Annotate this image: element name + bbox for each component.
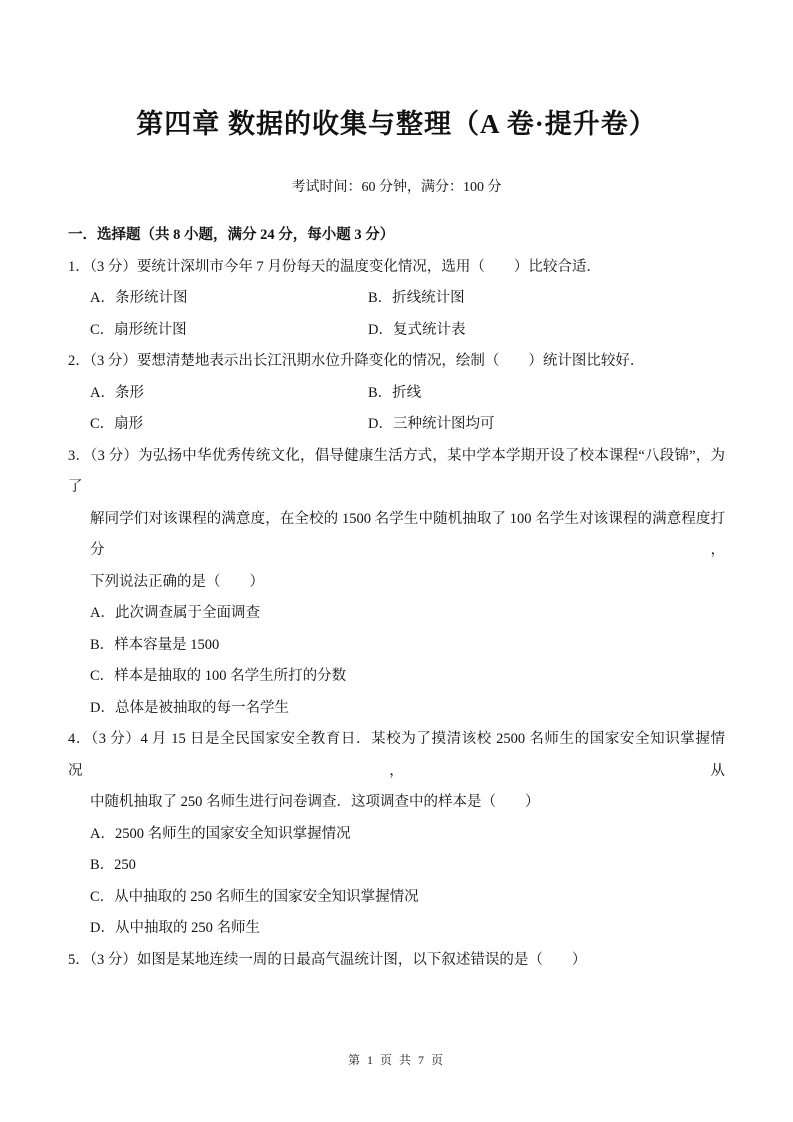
question-4: 4．（3 分）4 月 15 日是全民国家安全教育日．某校为了摸清该校 2500 … xyxy=(68,724,725,945)
question-stem-line: 解同学们对该课程的满意度，在全校的 1500 名学生中随机抽取了 100 名学生… xyxy=(68,504,725,567)
question-stem-line: 中随机抽取了 250 名师生进行问卷调查．这项调查中的样本是（ ） xyxy=(68,787,725,819)
question-stem: 5．（3 分）如图是某地连续一周的日最高气温统计图，以下叙述错误的是（ ） xyxy=(68,945,725,977)
page-content: 第四章 数据的收集与整理（A 卷·提升卷） 考试时间：60 分钟，满分：100 … xyxy=(0,0,793,976)
option-d: D．总体是被抽取的每一名学生 xyxy=(68,693,725,725)
question-stem: 2．（3 分）要想清楚地表示出长江汛期水位升降变化的情况，绘制（ ）统计图比较好… xyxy=(68,346,725,378)
page-footer: 第 1 页 共 7 页 xyxy=(0,1052,793,1068)
question-stem-line: 3．（3 分）为弘扬中华优秀传统文化，倡导健康生活方式，某中学本学期开设了校本课… xyxy=(68,441,725,504)
option-c: C．从中抽取的 250 名师生的国家安全知识掌握情况 xyxy=(68,882,725,914)
question-3: 3．（3 分）为弘扬中华优秀传统文化，倡导健康生活方式，某中学本学期开设了校本课… xyxy=(68,441,725,725)
option-a: A．2500 名师生的国家安全知识掌握情况 xyxy=(68,819,725,851)
question-stem: 1．（3 分）要统计深圳市今年 7 月份每天的温度变化情况，选用（ ）比较合适． xyxy=(68,252,725,284)
option-c: C．样本是抽取的 100 名学生所打的分数 xyxy=(68,661,725,693)
question-5: 5．（3 分）如图是某地连续一周的日最高气温统计图，以下叙述错误的是（ ） xyxy=(68,945,725,977)
option-row: C．扇形统计图 D．复式统计表 xyxy=(68,315,725,347)
exam-info: 考试时间：60 分钟，满分：100 分 xyxy=(68,178,725,198)
option-b: B．250 xyxy=(68,850,725,882)
question-body: 一．选择题（共 8 小题，满分 24 分，每小题 3 分） 1．（3 分）要统计… xyxy=(68,220,725,976)
option-row: C．扇形 D．三种统计图均可 xyxy=(68,409,725,441)
option-a: A．条形统计图 xyxy=(90,283,368,315)
option-d: D．三种统计图均可 xyxy=(368,409,725,441)
option-a: A．此次调查属于全面调查 xyxy=(68,598,725,630)
option-row: A．条形统计图 B．折线统计图 xyxy=(68,283,725,315)
section-heading: 一．选择题（共 8 小题，满分 24 分，每小题 3 分） xyxy=(68,220,725,252)
option-c: C．扇形统计图 xyxy=(90,315,368,347)
option-b: B．折线 xyxy=(368,378,725,410)
option-b: B．折线统计图 xyxy=(368,283,725,315)
question-stem-line: 4．（3 分）4 月 15 日是全民国家安全教育日．某校为了摸清该校 2500 … xyxy=(68,724,725,787)
page-title: 第四章 数据的收集与整理（A 卷·提升卷） xyxy=(68,104,725,144)
question-stem-line: 下列说法正确的是（ ） xyxy=(68,567,725,599)
option-a: A．条形 xyxy=(90,378,368,410)
option-d: D．从中抽取的 250 名师生 xyxy=(68,913,725,945)
question-1: 1．（3 分）要统计深圳市今年 7 月份每天的温度变化情况，选用（ ）比较合适．… xyxy=(68,252,725,347)
option-b: B．样本容量是 1500 xyxy=(68,630,725,662)
exam-document-page: 第四章 数据的收集与整理（A 卷·提升卷） 考试时间：60 分钟，满分：100 … xyxy=(0,0,793,1122)
option-d: D．复式统计表 xyxy=(368,315,725,347)
option-c: C．扇形 xyxy=(90,409,368,441)
question-2: 2．（3 分）要想清楚地表示出长江汛期水位升降变化的情况，绘制（ ）统计图比较好… xyxy=(68,346,725,441)
option-row: A．条形 B．折线 xyxy=(68,378,725,410)
